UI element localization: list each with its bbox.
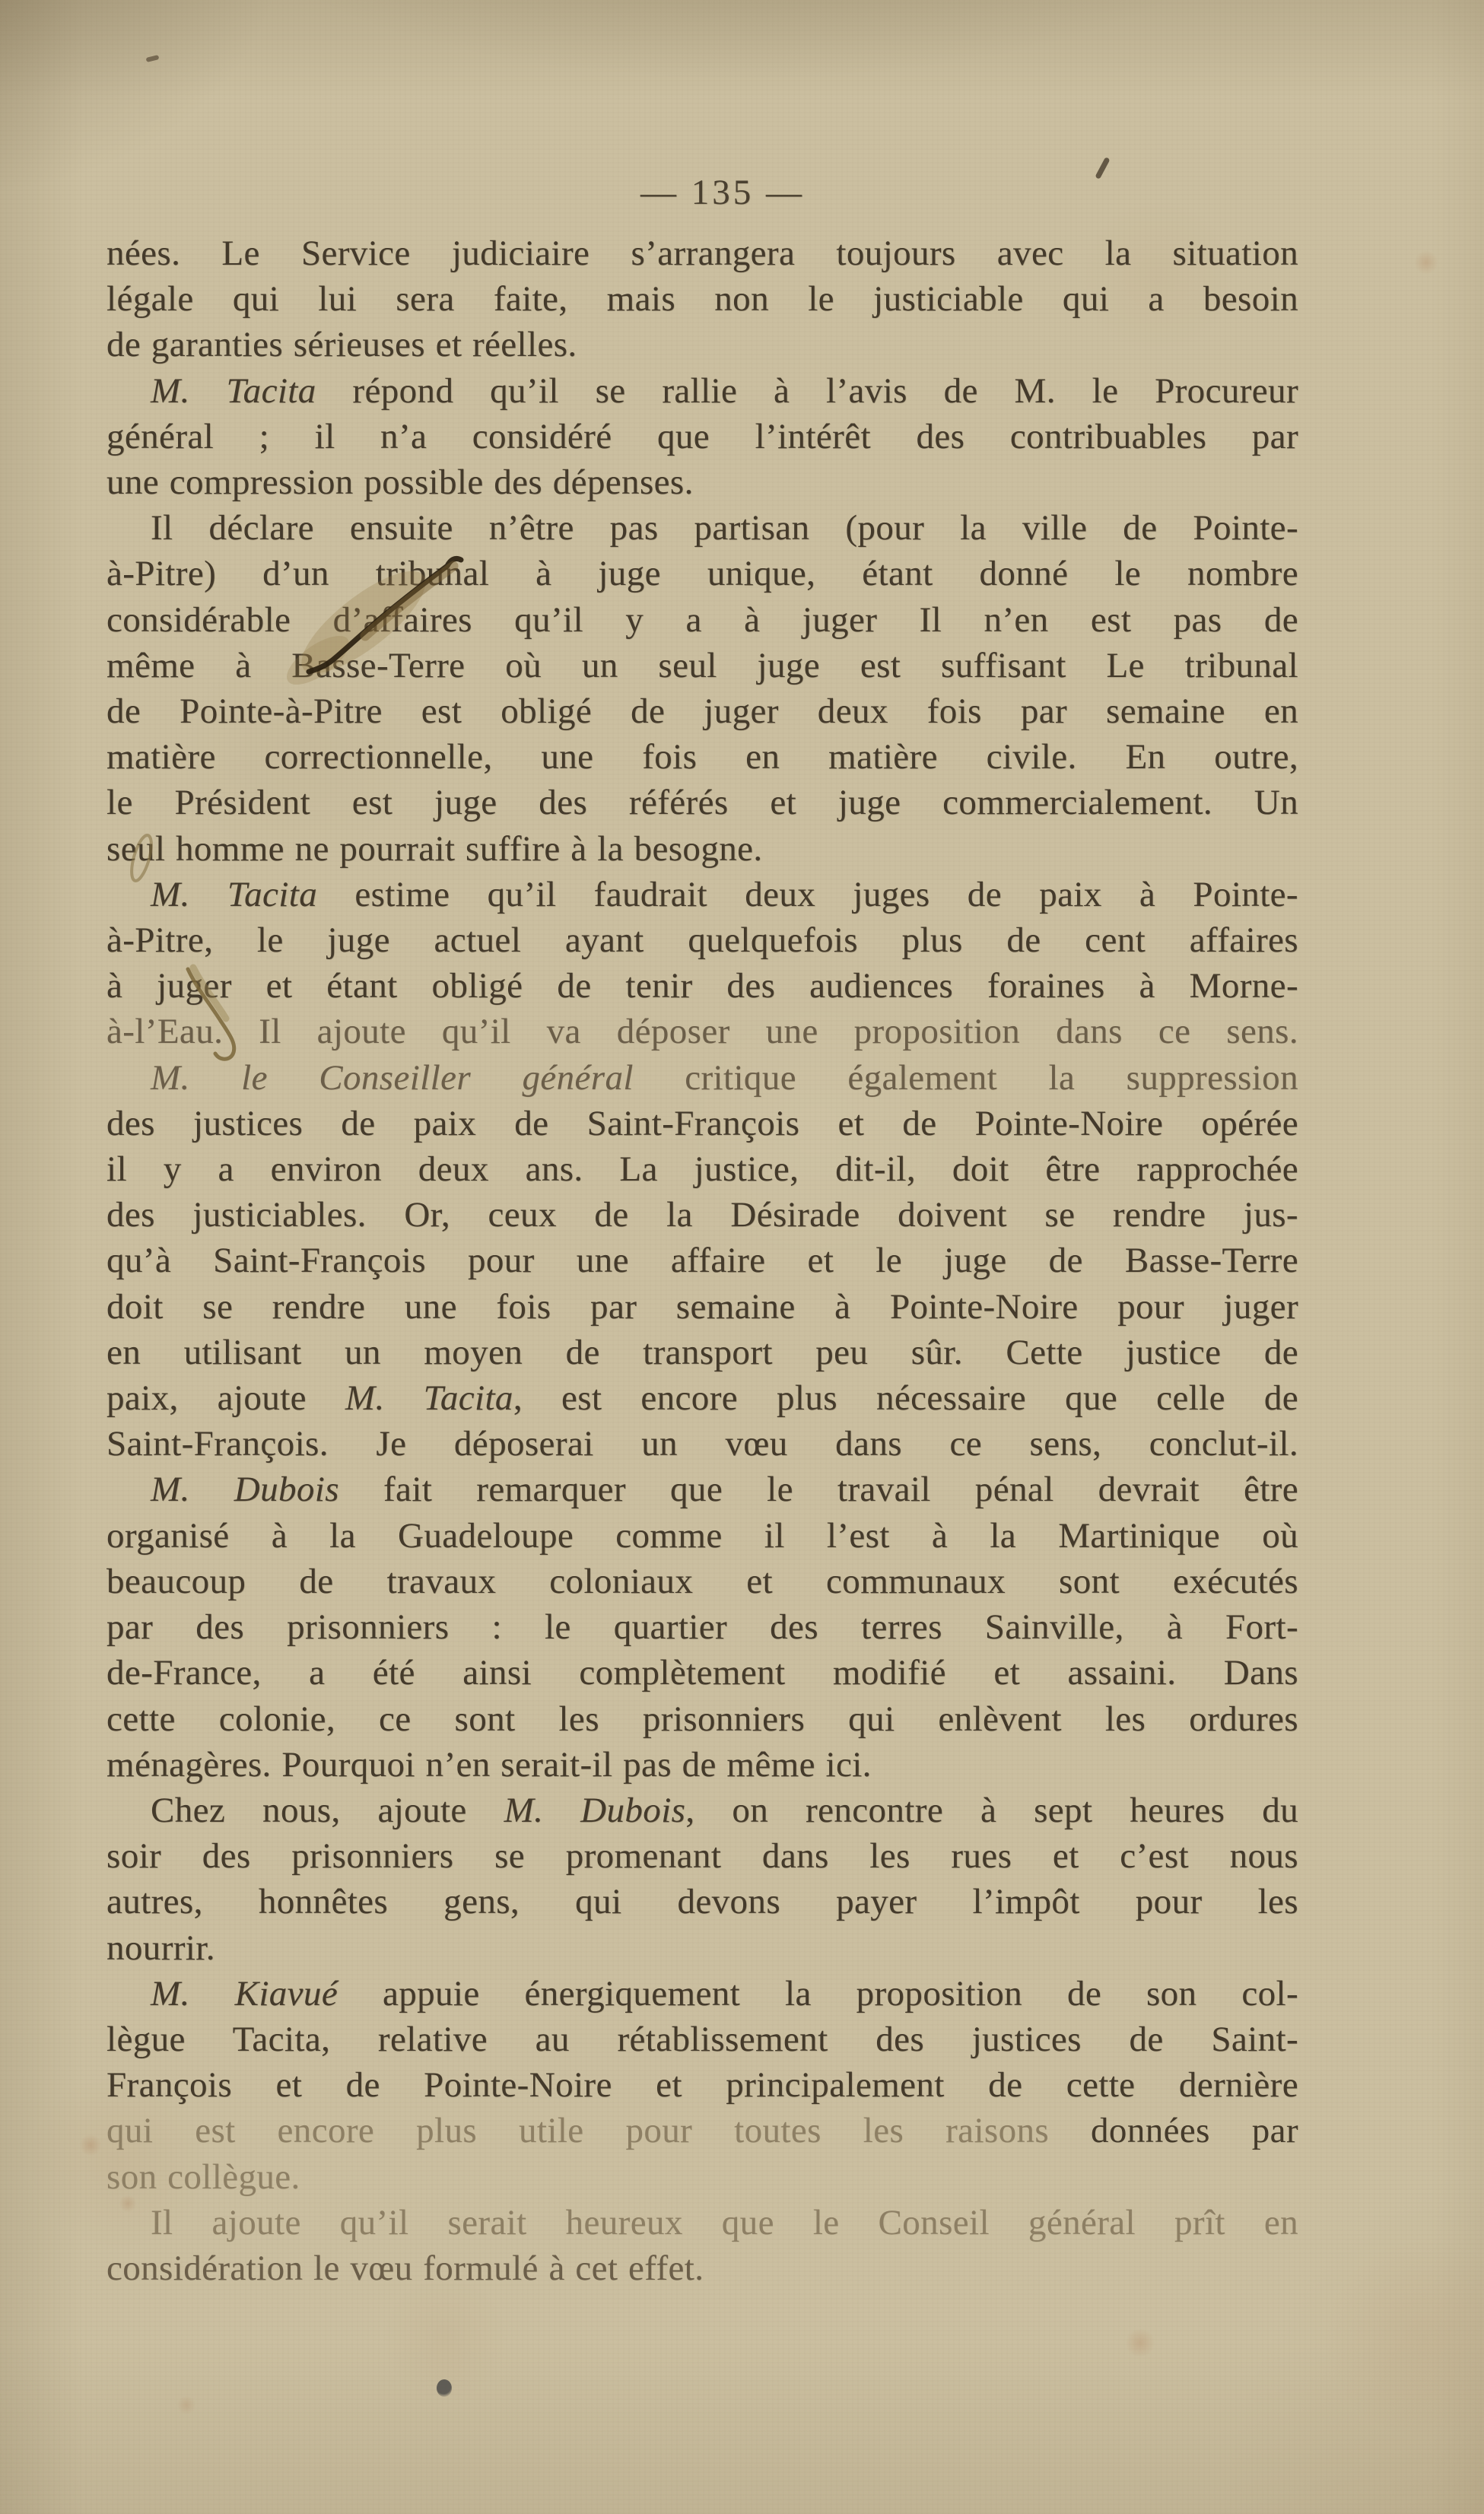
text-line: qu’à Saint-François pour une affaire et … <box>106 1238 1298 1283</box>
text-line: par des prisonniers : le quartier des te… <box>106 1604 1298 1650</box>
speaker-name-italic: M. Kiavué <box>151 1974 338 2013</box>
speaker-name-italic: M. Tacita <box>151 371 316 411</box>
text-line: il y a environ deux ans. La justice, dit… <box>106 1146 1298 1192</box>
text-line: à-Pitre, le juge actuel ayant quelquefoi… <box>106 917 1298 963</box>
text-line: une compression possible des dépenses. <box>106 459 1298 505</box>
text-segment: fait remarquer que le travail pénal devr… <box>339 1470 1298 1509</box>
text-segment: critique également la suppression <box>634 1058 1298 1098</box>
text-segment: à-Pitre, le juge actuel ayant quelquefoi… <box>106 920 1298 960</box>
text-segment: le Président est juge des référés et jug… <box>106 783 1298 822</box>
text-line: doit se rendre une fois par semaine à Po… <box>106 1284 1298 1330</box>
text-line: général ; il n’a considéré que l’intérêt… <box>106 414 1298 459</box>
text-segment: paix, ajoute <box>106 1378 345 1418</box>
text-segment: considérable d’affaires qu’il y a à juge… <box>106 600 1298 640</box>
text-segment: même à Basse-Terre où un seul juge est s… <box>106 646 1298 685</box>
text-line: des justiciables. Or, ceux de la Désirad… <box>106 1192 1298 1238</box>
text-line: M. Tacita estime qu’il faudrait deux jug… <box>106 872 1298 917</box>
text-segment: appuie énergiquement la proposition de s… <box>338 1974 1298 2013</box>
text-line: ménagères. Pourquoi n’en serait-il pas d… <box>106 1742 1298 1788</box>
text-line: autres, honnêtes gens, qui devons payer … <box>106 1879 1298 1924</box>
text-line: beaucoup de travaux coloniaux et communa… <box>106 1559 1298 1604</box>
text-segment: légale qui lui sera faite, mais non le j… <box>106 279 1298 319</box>
text-line: de-France, a été ainsi complètement modi… <box>106 1650 1298 1696</box>
text-segment: matière correctionnelle, une fois en mat… <box>106 737 1298 777</box>
text-segment: de Pointe-à-Pitre est obligé de juger de… <box>106 691 1298 731</box>
text-segment: de garanties sérieuses et réelles. <box>106 325 577 364</box>
text-segment: , on rencontre à sept heures du <box>685 1791 1298 1830</box>
text-segment: à juger et étant obligé de tenir des aud… <box>106 966 1298 1006</box>
text-line: à-l’Eau. Il ajoute qu’il va déposer une … <box>106 1009 1298 1054</box>
speaker-name-italic: M. Tacita <box>345 1378 513 1418</box>
text-segment: à-l’Eau. Il ajoute qu’il va déposer une … <box>106 1012 1298 1051</box>
text-line: des justices de paix de Saint-François e… <box>106 1101 1298 1146</box>
text-segment: estime qu’il faudrait deux juges de paix… <box>317 875 1298 914</box>
text-line: de garanties sérieuses et réelles. <box>106 322 1298 367</box>
text-line: matière correctionnelle, une fois en mat… <box>106 734 1298 780</box>
text-segment: qu’à Saint-François pour une affaire et … <box>106 1241 1298 1280</box>
text-segment: en utilisant un moyen de transport peu s… <box>106 1333 1298 1372</box>
text-segment: François et de Pointe-Noire et principal… <box>106 2065 1298 2105</box>
text-line: Saint-François. Je déposerai un vœu dans… <box>106 1421 1298 1467</box>
text-line: soir des prisonniers se promenant dans l… <box>106 1833 1298 1879</box>
text-segment: à-Pitre) d’un tribunal à juge unique, ét… <box>106 554 1298 593</box>
text-segment: il y a environ deux ans. La justice, dit… <box>106 1149 1298 1189</box>
text-line: François et de Pointe-Noire et principal… <box>106 2062 1298 2108</box>
text-segment: lègue Tacita, relative au rétablissement… <box>106 2020 1298 2059</box>
text-line: M. Dubois fait remarquer que le travail … <box>106 1467 1298 1512</box>
text-segment: , est encore plus nécessaire que celle d… <box>513 1378 1298 1418</box>
text-line: paix, ajoute M. Tacita, est encore plus … <box>106 1375 1298 1421</box>
page-number: — 135 — <box>106 172 1339 221</box>
text-segment: Chez nous, ajoute <box>151 1791 504 1830</box>
text-segment: général ; il n’a considéré que l’intérêt… <box>106 417 1298 456</box>
text-line: légale qui lui sera faite, mais non le j… <box>106 276 1298 322</box>
text-segment: données par <box>1091 2111 1298 2150</box>
speaker-name-italic: M. Tacita <box>151 875 317 914</box>
text-line: à juger et étant obligé de tenir des aud… <box>106 963 1298 1009</box>
text-line: lègue Tacita, relative au rétablissement… <box>106 2017 1298 2062</box>
text-line: nées. Le Service judiciaire s’arrangera … <box>106 230 1298 276</box>
text-segment: autres, honnêtes gens, qui devons payer … <box>106 1882 1298 1921</box>
text-segment: considération le vœu formulé à cet effet… <box>106 2249 704 2288</box>
text-line: Chez nous, ajoute M. Dubois, on rencontr… <box>106 1788 1298 1833</box>
text-line: de Pointe-à-Pitre est obligé de juger de… <box>106 688 1298 734</box>
rust-stain-2 <box>1124 2329 1156 2357</box>
page-text: nées. Le Service judiciaire s’arrangera … <box>106 230 1298 2291</box>
text-segment: cette colonie, ce sont les prisonniers q… <box>106 1699 1298 1739</box>
speaker-name-italic: M. Dubois <box>151 1470 339 1509</box>
text-line: le Président est juge des référés et jug… <box>106 780 1298 825</box>
dark-speck-top-left <box>146 55 160 62</box>
text-segment: soir des prisonniers se promenant dans l… <box>106 1836 1298 1876</box>
text-line: Il déclare ensuite n’être pas partisan (… <box>106 505 1298 551</box>
text-segment: ménagères. Pourquoi n’en serait-il pas d… <box>106 1745 872 1785</box>
text-segment: nées. Le Service judiciaire s’arrangera … <box>106 234 1298 273</box>
text-line: à-Pitre) d’un tribunal à juge unique, ét… <box>106 551 1298 596</box>
text-line: nourrir. <box>106 1925 1298 1971</box>
text-segment: des justiciables. Or, ceux de la Désirad… <box>106 1195 1298 1235</box>
rust-stain-3 <box>79 2134 102 2156</box>
text-segment: une compression possible des dépenses. <box>106 462 694 502</box>
text-segment: son collègue. <box>106 2157 300 2197</box>
text-segment: qui est encore plus utile pour toutes le… <box>106 2111 1091 2150</box>
text-segment: répond qu’il se rallie à l’avis de M. le… <box>316 371 1298 411</box>
text-line: son collègue. <box>106 2154 1298 2200</box>
rust-stain-1 <box>1413 251 1439 274</box>
text-line: organisé à la Guadeloupe comme il l’est … <box>106 1513 1298 1559</box>
text-segment: de-France, a été ainsi complètement modi… <box>106 1653 1298 1692</box>
text-line: Il ajoute qu’il serait heureux que le Co… <box>106 2200 1298 2245</box>
text-line: même à Basse-Terre où un seul juge est s… <box>106 643 1298 688</box>
text-segment: Il déclare ensuite n’être pas partisan (… <box>151 508 1298 548</box>
text-line: M. le Conseiller général critique égalem… <box>106 1055 1298 1101</box>
text-segment: nourrir. <box>106 1928 215 1968</box>
gray-ink-dot-bottom <box>437 2379 452 2397</box>
text-segment: organisé à la Guadeloupe comme il l’est … <box>106 1516 1298 1556</box>
rust-stain-5 <box>176 2396 196 2414</box>
scanned-page: { "page": { "number": "— 135 —", "lines"… <box>0 0 1484 2514</box>
text-line: qui est encore plus utile pour toutes le… <box>106 2108 1298 2153</box>
text-segment: Il ajoute qu’il serait heureux que le Co… <box>151 2203 1298 2242</box>
text-segment: par des prisonniers : le quartier des te… <box>106 1607 1298 1647</box>
text-segment: des justices de paix de Saint-François e… <box>106 1104 1298 1143</box>
text-segment: beaucoup de travaux coloniaux et communa… <box>106 1562 1298 1601</box>
text-line: M. Tacita répond qu’il se rallie à l’avi… <box>106 368 1298 414</box>
text-line: considérable d’affaires qu’il y a à juge… <box>106 597 1298 643</box>
speaker-name-italic: M. le Conseiller général <box>151 1058 634 1098</box>
text-line: M. Kiavué appuie énergiquement la propos… <box>106 1971 1298 2017</box>
text-line: seul homme ne pourrait suffire à la beso… <box>106 826 1298 872</box>
text-line: cette colonie, ce sont les prisonniers q… <box>106 1696 1298 1742</box>
text-line: considération le vœu formulé à cet effet… <box>106 2245 1298 2291</box>
text-line: en utilisant un moyen de transport peu s… <box>106 1330 1298 1375</box>
speaker-name-italic: M. Dubois <box>504 1791 686 1830</box>
text-segment: doit se rendre une fois par semaine à Po… <box>106 1287 1298 1327</box>
text-segment: seul homme ne pourrait suffire à la beso… <box>106 829 763 869</box>
text-segment: Saint-François. Je déposerai un vœu dans… <box>106 1424 1298 1464</box>
